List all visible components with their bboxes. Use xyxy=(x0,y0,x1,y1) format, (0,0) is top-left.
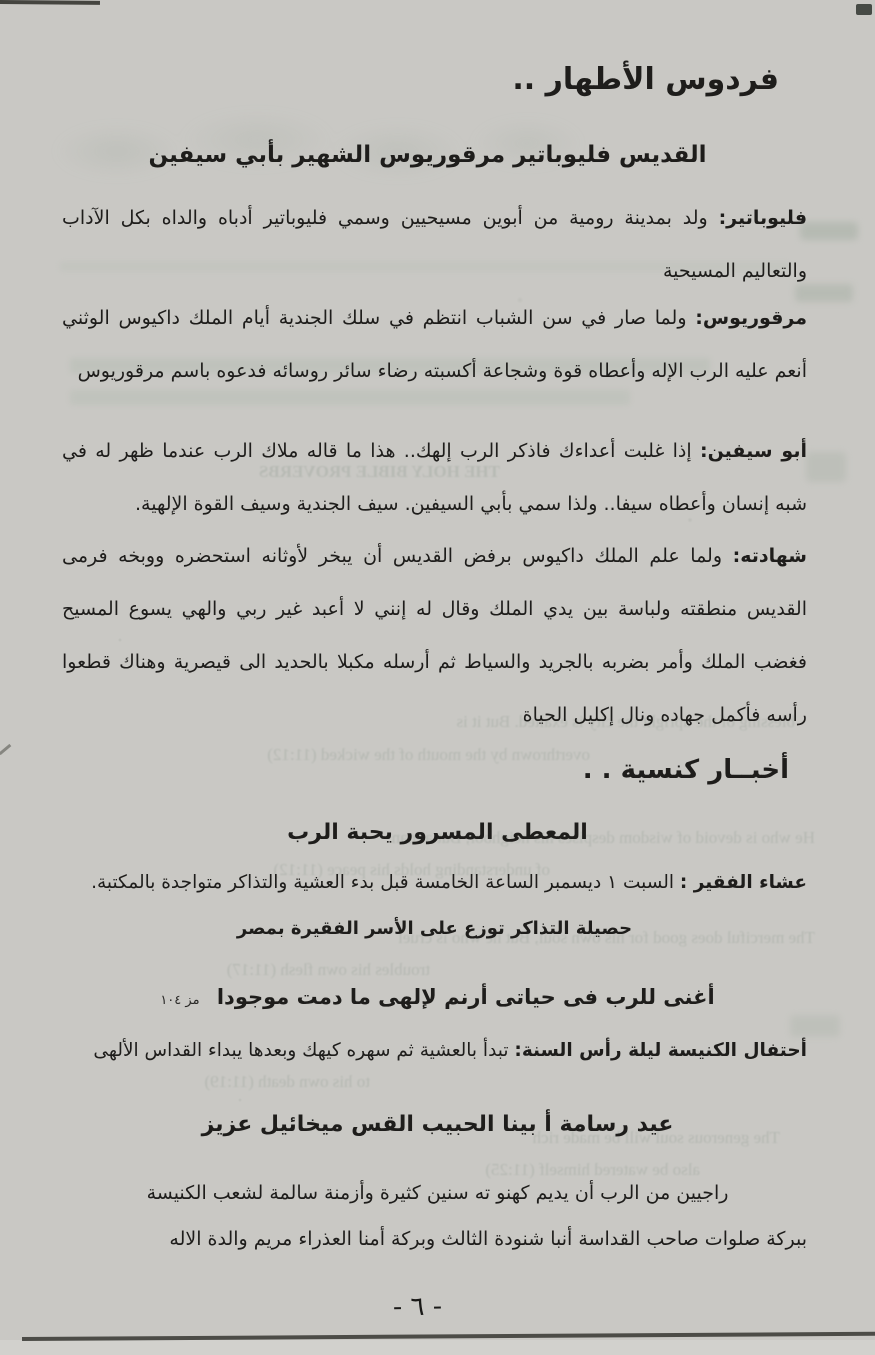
paragraph-lead: شهادته: xyxy=(733,545,807,567)
ordination-wish: راجيين من الرب أن يديم كهنو ته سنين كثير… xyxy=(60,1182,815,1204)
paragraph-philopater: فليوباتير: ولد بمدينة رومية من أبوين مسي… xyxy=(62,192,807,298)
scan-corner-mark xyxy=(856,4,872,15)
cheerful-giver-verse: المعطى المسرور يحبة الرب xyxy=(60,820,815,845)
closing-blessing: ببركة صلوات صاحب القداسة أنبا شنودة الثا… xyxy=(62,1228,807,1250)
paragraph-lead: أبو سيفين: xyxy=(700,440,807,462)
announcement-text: السبت ١ ديسمبر الساعة الخامسة قبل بدء ال… xyxy=(91,872,674,893)
scan-smudge xyxy=(806,452,846,482)
bleedthrough-line: troubles his own flesh (11:17) xyxy=(70,960,430,980)
announcement-lead: عشاء الفقير : xyxy=(680,872,807,893)
paragraph-lead: فليوباتير: xyxy=(719,207,807,229)
announcement-text: تبدأ بالعشية ثم سهره كيهك وبعدها يبداء ا… xyxy=(93,1040,508,1061)
ordination-anniversary-heading: عيد رسامة أ بينا الحبيب القس ميخائيل عزي… xyxy=(60,1112,815,1137)
scan-edge-band xyxy=(0,1340,875,1355)
new-year-eve-announcement: أحتفال الكنيسة ليلة رأس السنة: تبدأ بالع… xyxy=(62,1040,807,1061)
bleedthrough-line: to his own death (11:19) xyxy=(70,1072,370,1092)
page-title: فردوس الأطهار .. xyxy=(512,62,779,97)
paragraph-abu-sefein: أبو سيفين: إذا غلبت أعداءك فاذكر الرب إل… xyxy=(62,425,807,531)
announcement-lead: أحتفال الكنيسة ليلة رأس السنة: xyxy=(514,1040,807,1061)
paragraph-text: ولما علم الملك داكيوس برفض القديس أن يبخ… xyxy=(62,545,807,726)
psalm-reference: مز ١٠٤ xyxy=(160,993,199,1008)
tickets-note: حصيلة التذاكر توزع على الأسر الفقيرة بمص… xyxy=(62,918,807,939)
paragraph-martyrdom: شهادته: ولما علم الملك داكيوس برفض القدي… xyxy=(62,530,807,742)
scan-smudge xyxy=(790,1015,840,1037)
psalm-text: أغنى للرب فى حياتى أرنم لإلهى ما دمت موج… xyxy=(217,985,715,1009)
paragraph-text: إذا غلبت أعداءك فاذكر الرب إلهك.. هذا ما… xyxy=(62,440,807,515)
paragraph-mercurius: مرقوريوس: ولما صار في سن الشباب انتظم في… xyxy=(62,292,807,398)
bleedthrough-line: also be watered himself (11:25) xyxy=(320,1160,700,1180)
church-news-heading: أخبــار كنسية . . xyxy=(583,755,789,785)
psalm-quote: أغنى للرب فى حياتى أرنم لإلهى ما دمت موج… xyxy=(60,985,815,1009)
saint-subtitle: القديس فليوباتير مرقوريوس الشهير بأبي سي… xyxy=(60,142,795,168)
poor-dinner-announcement: عشاء الفقير : السبت ١ ديسمبر الساعة الخا… xyxy=(62,872,807,893)
paragraph-lead: مرقوريوس: xyxy=(695,307,807,329)
scan-smudge xyxy=(800,222,858,240)
bleedthrough-line: overthrown by the mouth of the wicked (1… xyxy=(70,745,590,765)
paragraph-text: ولد بمدينة رومية من أبوين مسيحيين وسمي ف… xyxy=(62,207,807,282)
